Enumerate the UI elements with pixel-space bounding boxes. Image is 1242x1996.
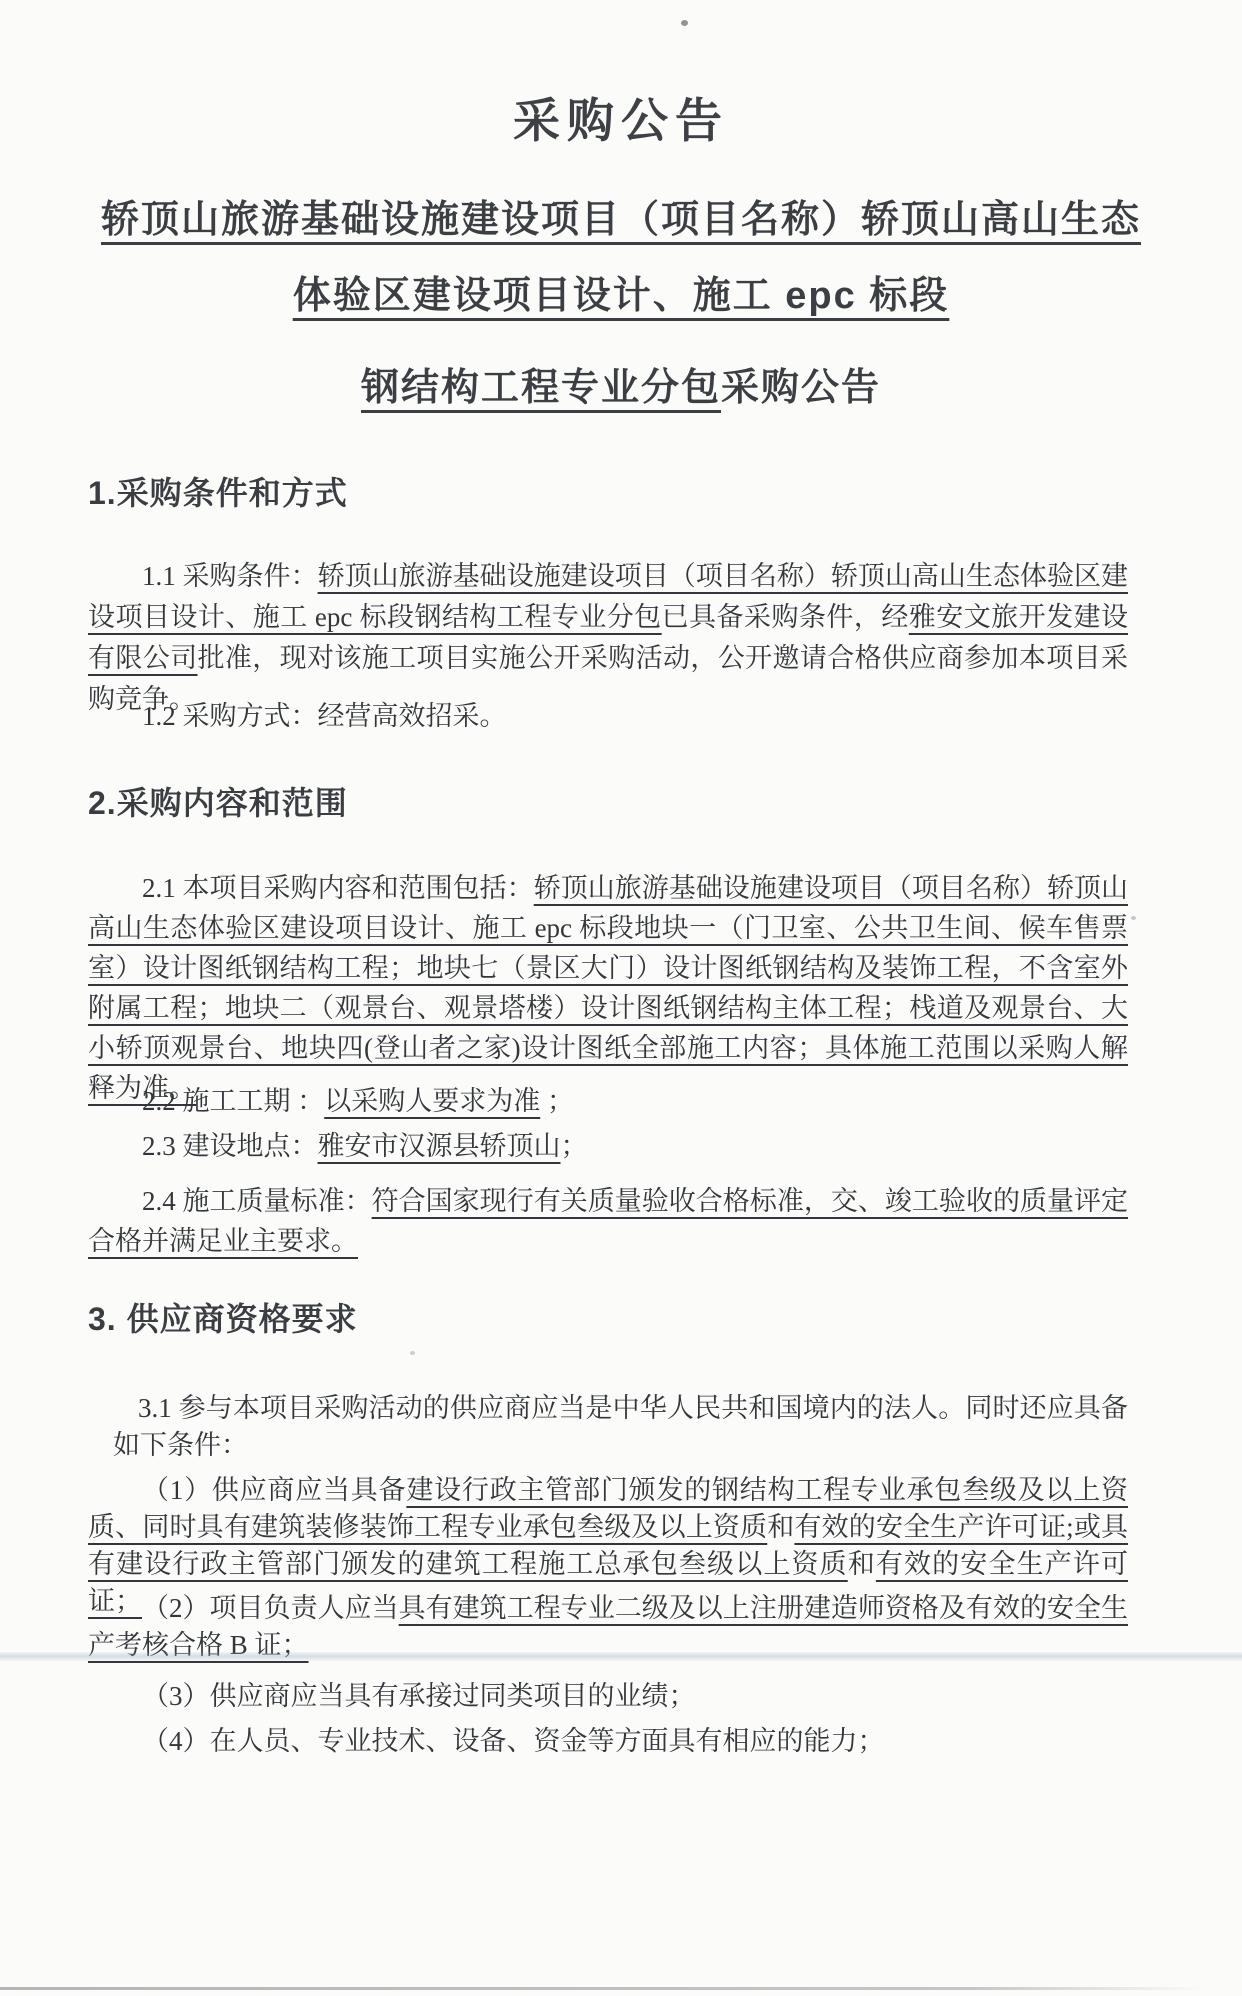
scanner-artifact-band — [0, 1652, 1242, 1661]
para-1-2: 1.2 采购方式：经营高效招采。 — [88, 696, 1128, 736]
scan-speck — [681, 20, 688, 26]
scan-speck — [410, 1351, 415, 1355]
doc-subtitle-line-1: 轿顶山旅游基础设施建设项目（项目名称）轿顶山高山生态 — [0, 188, 1242, 243]
scanner-edge-line — [0, 1987, 1242, 1990]
para-3-item-4: （4）在人员、专业技术、设备、资金等方面具有相应的能力； — [88, 1721, 1128, 1761]
section-1-heading: 1.采购条件和方式 — [88, 468, 348, 514]
scanned-document-page: 采购公告 轿顶山旅游基础设施建设项目（项目名称）轿顶山高山生态 体验区建设项目设… — [0, 0, 1242, 1996]
doc-subtitle-line-2: 体验区建设项目设计、施工 epc 标段 — [0, 264, 1242, 319]
doc-title: 采购公告 — [0, 84, 1242, 151]
para-3-item-3: （3）供应商应当具有承接过同类项目的业绩； — [88, 1676, 1128, 1716]
section-3-heading: 3. 供应商资格要求 — [88, 1294, 358, 1340]
para-2-1: 2.1 本项目采购内容和范围包括：轿顶山旅游基础设施建设项目（项目名称）轿顶山高… — [88, 868, 1128, 1108]
doc-subtitle-line-3: 钢结构工程专业分包采购公告 — [0, 356, 1242, 411]
section-2-heading: 2.采购内容和范围 — [88, 778, 348, 824]
para-2-3: 2.3 建设地点：雅安市汉源县轿顶山； — [88, 1126, 1128, 1166]
para-2-4: 2.4 施工质量标准：符合国家现行有关质量验收合格标准，交、竣工验收的质量评定合… — [88, 1181, 1128, 1261]
para-3-1: 3.1 参与本项目采购活动的供应商应当是中华人民共和国境内的法人。同时还应具备如… — [88, 1390, 1128, 1464]
scan-speck — [1131, 916, 1136, 920]
para-2-2: 2.2 施工工期 ：以采购人要求为准 ； — [88, 1081, 1128, 1121]
